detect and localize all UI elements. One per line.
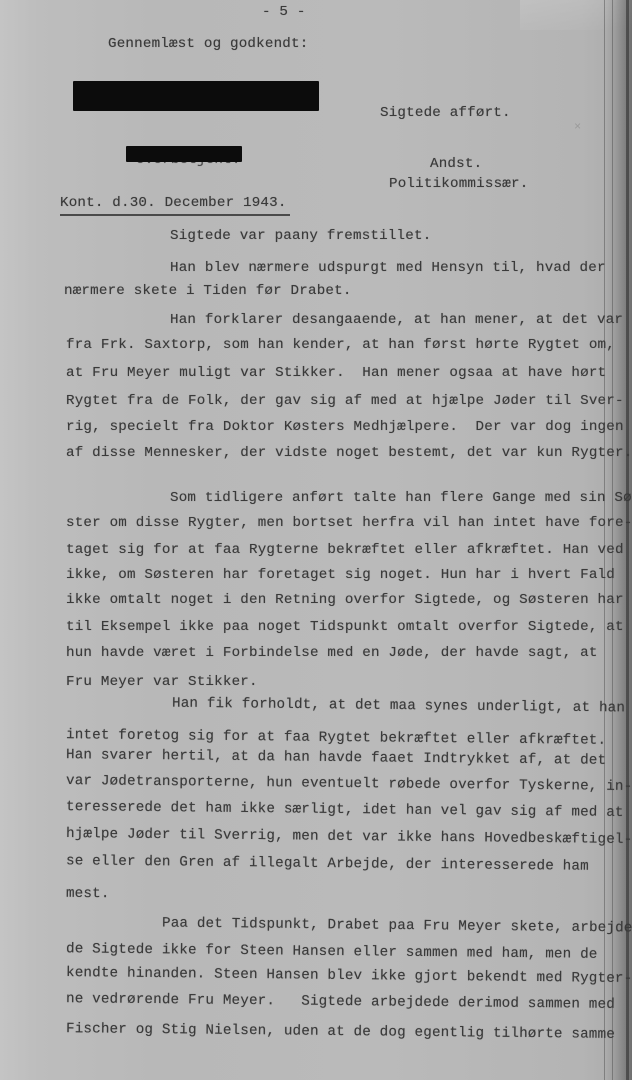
body-text-line: var Jødetransporterne, hun eventuelt røb…: [66, 773, 632, 795]
pencil-mark: ×: [574, 120, 581, 134]
body-text-line: Han svarer hertil, at da han havde faaet…: [66, 747, 606, 769]
redaction-bar: [73, 81, 319, 111]
body-text-line: ikke, om Søsteren har foretaget sig noge…: [66, 567, 615, 583]
body-text-line: ster om disse Rygter, men bortset herfra…: [66, 515, 632, 531]
body-text-line: Han forklarer desangaaende, at han mener…: [170, 312, 623, 328]
page-number: - 5 -: [262, 4, 306, 20]
body-text-line: ikke omtalt noget i den Retning overfor …: [66, 592, 624, 608]
body-text-line: Som tidligere anført talte han flere Gan…: [170, 490, 632, 506]
body-text-line: kendte hinanden. Steen Hansen blev ikke …: [66, 965, 632, 987]
redaction-bar: [126, 146, 242, 162]
body-text-line: de Sigtede ikke for Steen Hansen eller s…: [66, 941, 598, 963]
scanned-document-page: - 5 - Gennemlæst og godkendt: Sigtede af…: [0, 0, 632, 1080]
body-text-line: Fru Meyer var Stikker.: [66, 674, 258, 690]
body-text-line: til Eksempel ikke paa noget Tidspunkt om…: [66, 619, 624, 635]
body-text-line: nærmere skete i Tiden før Drabet.: [64, 283, 352, 299]
signature-right-1: Sigtede afført.: [380, 105, 511, 121]
body-text-line: teresserede det ham ikke særligt, idet h…: [66, 799, 624, 821]
approval-label: Gennemlæst og godkendt:: [108, 36, 308, 52]
body-text-line: se eller den Gren af illegalt Arbejde, d…: [66, 853, 589, 874]
body-text-line: mest.: [66, 886, 110, 902]
body-text-line: fra Frk. Saxtorp, som han kender, at han…: [66, 337, 615, 353]
body-text-line: Han blev nærmere udspurgt med Hensyn til…: [170, 260, 606, 276]
signature-right-2b: Politikommissær.: [389, 176, 528, 192]
body-text-line: af disse Mennesker, der vidste noget bes…: [66, 445, 632, 461]
body-text-line: Paa det Tidspunkt, Drabet paa Fru Meyer …: [162, 915, 632, 936]
body-text-line: Rygtet fra de Folk, der gav sig af med a…: [66, 393, 624, 409]
body-text-line: rig, specielt fra Doktor Køsters Medhjæl…: [66, 419, 624, 435]
body-text-line: at Fru Meyer muligt var Stikker. Han men…: [66, 365, 606, 381]
dateline-underline: [60, 214, 290, 216]
stacked-page-edge: [626, 0, 629, 1080]
body-text-line: hjælpe Jøder til Sverrig, men det var ik…: [66, 826, 632, 848]
body-text-line: ne vedrørende Fru Meyer. Sigtede arbejde…: [66, 991, 615, 1013]
body-text-line: intet foretog sig for at faa Rygtet bekr…: [66, 727, 606, 749]
signature-right-2a: Andst.: [430, 156, 482, 172]
stacked-page-edge: [612, 0, 613, 1080]
body-text-line: Sigtede var paany fremstillet.: [170, 228, 431, 244]
body-text-line: Fischer og Stig Nielsen, uden at de dog …: [66, 1021, 615, 1043]
body-text-line: taget sig for at faa Rygterne bekræftet …: [66, 542, 624, 558]
body-text-line: hun havde været i Forbindelse med en Jød…: [66, 645, 598, 661]
stacked-page-edge: [604, 0, 605, 1080]
dateline: Kont. d.30. December 1943.: [60, 195, 287, 211]
body-text-line: Han fik forholdt, at det maa synes under…: [172, 696, 625, 717]
